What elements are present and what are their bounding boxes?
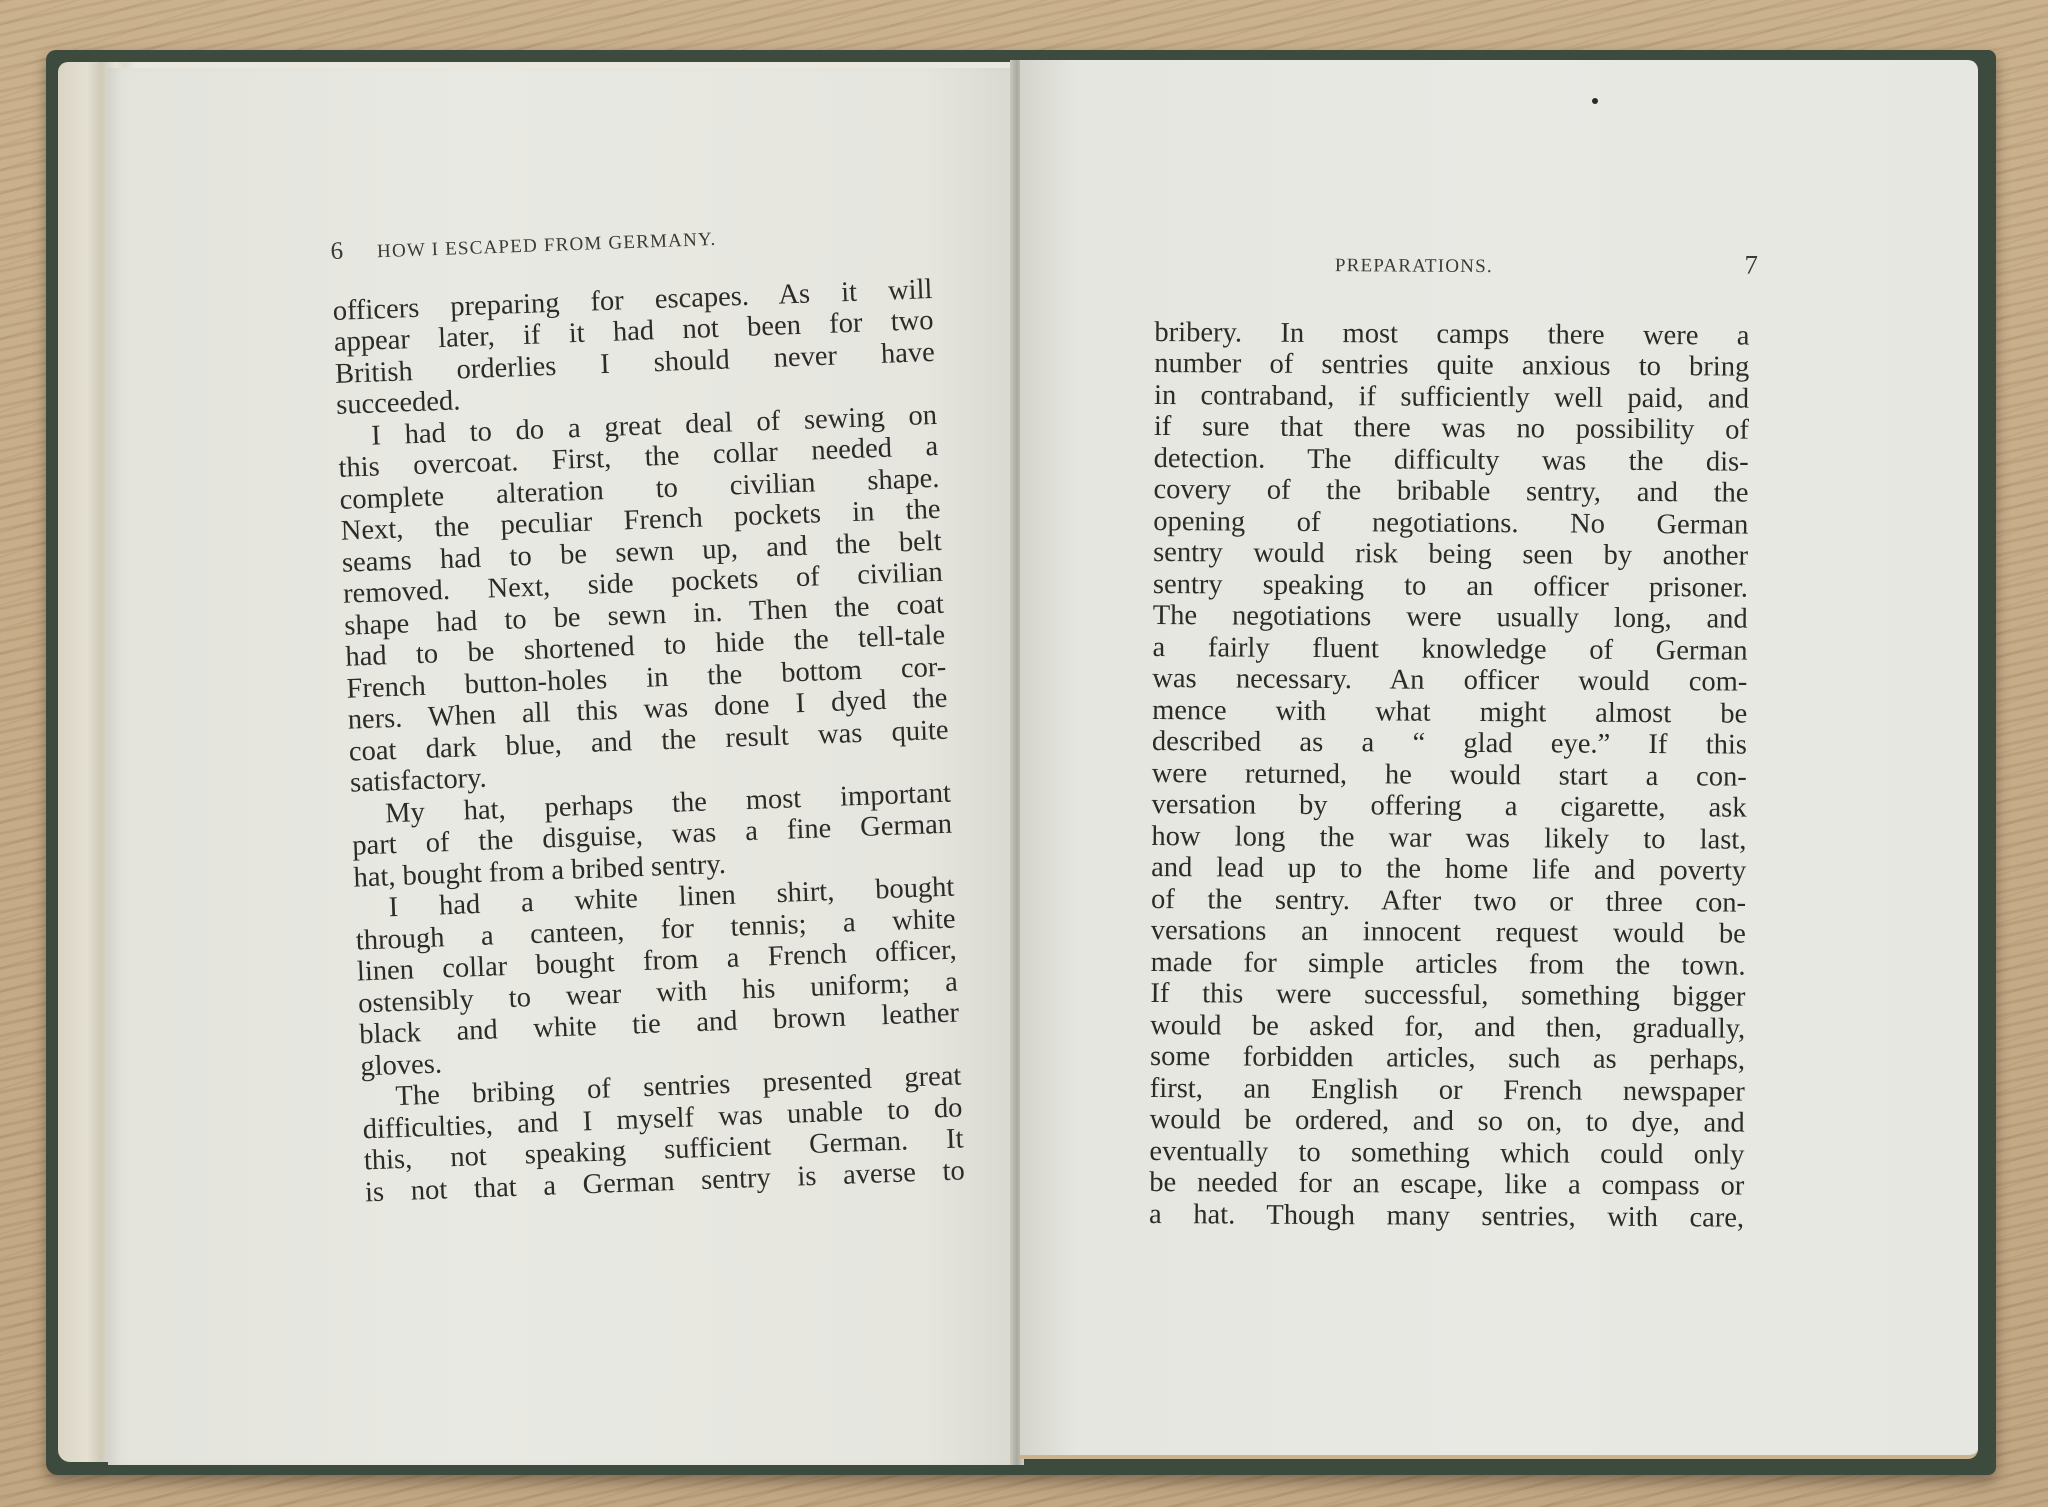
right-page: PREPARATIONS. 7 bribery. In most camps t… — [1020, 60, 1978, 1459]
text-line: were returned, he would start a con- — [1152, 757, 1747, 792]
text-line: be needed for an escape, like a compass … — [1149, 1167, 1744, 1202]
left-running-head: 6 HOW I ESCAPED FROM GERMANY. — [330, 214, 931, 269]
text-line: first, an English or French newspaper — [1150, 1072, 1745, 1107]
running-head-title: PREPARATIONS. — [1335, 250, 1493, 282]
text-line: covery of the bribable sentry, and the — [1153, 474, 1748, 509]
text-line: of the sentry. After two or three con- — [1151, 883, 1746, 918]
text-line: some forbidden articles, such as perhaps… — [1150, 1041, 1745, 1076]
text-line: would be ordered, and so on, to dye, and — [1150, 1104, 1745, 1139]
text-line: a hat. Though many sentries, with care, — [1149, 1198, 1744, 1233]
text-line: The negotiations were usually long, and — [1153, 600, 1748, 635]
left-page-text: 6 HOW I ESCAPED FROM GERMANY. officers p… — [330, 214, 965, 1208]
text-line: number of sentries quite anxious to brin… — [1154, 348, 1749, 383]
text-line: sentry speaking to an officer prisoner. — [1153, 568, 1748, 603]
right-page-text: PREPARATIONS. 7 bribery. In most camps t… — [1149, 246, 1750, 1234]
text-line: and lead up to the home life and poverty — [1151, 852, 1746, 887]
text-line: was necessary. An officer would com- — [1152, 663, 1747, 698]
text-line: in contraband, if sufficiently well paid… — [1154, 379, 1749, 414]
text-line: versations an innocent request would be — [1151, 915, 1746, 950]
text-line: versation by offering a cigarette, ask — [1151, 789, 1746, 824]
text-line: detection. The difficulty was the dis- — [1154, 442, 1749, 477]
text-line: sentry would risk being seen by another — [1153, 537, 1748, 572]
ink-speck — [1592, 98, 1598, 104]
text-line: eventually to something which could only — [1149, 1135, 1744, 1170]
page-number-left: 6 — [330, 236, 344, 268]
left-page: 6 HOW I ESCAPED FROM GERMANY. officers p… — [108, 68, 1013, 1465]
text-line: mence with what might almost be — [1152, 694, 1747, 729]
text-line: if sure that there was no possibility of — [1154, 411, 1749, 446]
running-head-title: HOW I ESCAPED FROM GERMANY. — [377, 224, 717, 268]
left-body-text: officers preparing for escapes. As it wi… — [332, 273, 965, 1208]
text-line: bribery. In most camps there were a — [1154, 316, 1749, 351]
text-line: a fairly fluent knowledge of German — [1152, 631, 1747, 666]
right-running-head: PREPARATIONS. 7 — [1155, 246, 1750, 284]
text-line: If this were successful, something bigge… — [1150, 978, 1745, 1013]
text-line: opening of negotiations. No German — [1153, 505, 1748, 540]
page-number-right: 7 — [1744, 250, 1758, 282]
text-line: made for simple articles from the town. — [1151, 946, 1746, 981]
right-body-text: bribery. In most camps there were anumbe… — [1149, 316, 1750, 1233]
text-line: how long the war was likely to last, — [1151, 820, 1746, 855]
text-line: would be asked for, and then, gradually, — [1150, 1009, 1745, 1044]
text-line: described as a “ glad eye.” If this — [1152, 726, 1747, 761]
